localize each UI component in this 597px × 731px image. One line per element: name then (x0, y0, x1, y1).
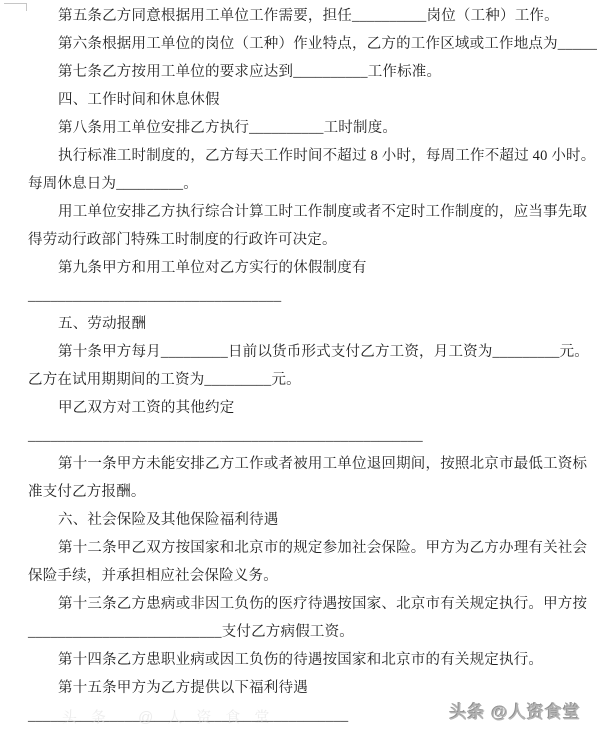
contract-line: __________________________支付乙方病假工资。 (28, 618, 573, 646)
watermark: 头条 @人资食堂 (450, 698, 581, 723)
contract-line: 第十三条乙方患病或非因工负伤的医疗待遇按国家、北京市有关规定执行。甲方按 (28, 590, 573, 618)
contract-line: 第八条用工单位安排乙方执行__________工时制度。 (28, 114, 573, 142)
section-heading: 六、社会保险及其他保险福利待遇 (28, 506, 573, 534)
contract-line: 第十一条甲方未能安排乙方工作或者被用工单位退回期间，按照北京市最低工资标 (28, 450, 573, 478)
contract-line: 第十四条乙方患职业病或因工负伤的待遇按国家和北京市的有关规定执行。 (28, 646, 573, 674)
contract-body: 第五条乙方同意根据用工单位工作需要，担任__________岗位（工种）工作。第… (28, 2, 573, 730)
contract-line: 第十二条甲乙双方按国家和北京市的规定参加社会保险。甲方为乙方办理有关社会 (28, 534, 573, 562)
contract-line: 第九条甲方和用工单位对乙方实行的休假制度有 (28, 254, 573, 282)
contract-line: __________________________________ (28, 282, 573, 310)
contract-line: 保险手续，并承担相应社会保险义务。 (28, 562, 573, 590)
contract-line: 用工单位安排乙方执行综合计算工时工作制度或者不定时工作制度的，应当事先取 (28, 198, 573, 226)
contract-page: 第五条乙方同意根据用工单位工作需要，担任__________岗位（工种）工作。第… (0, 0, 597, 731)
contract-line: 第七条乙方按用工单位的要求应达到__________工作标准。 (28, 58, 573, 86)
section-heading: 四、工作时间和休息休假 (28, 86, 573, 114)
contract-line: 乙方在试用期期间的工资为_________元。 (28, 366, 573, 394)
contract-line: 准支付乙方报酬。 (28, 478, 573, 506)
contract-line: 第六条根据用工单位的岗位（工种）作业特点，乙方的工作区域或工作地点为______ (28, 30, 573, 58)
section-heading: 五、劳动报酬 (28, 310, 573, 338)
page-corner-mark (4, 3, 27, 11)
contract-line: 甲乙双方对工资的其他约定 (28, 394, 573, 422)
contract-line: 每周休息日为_________。 (28, 170, 573, 198)
contract-line: 得劳动行政部门特殊工时制度的行政许可决定。 (28, 226, 573, 254)
contract-line: 第十条甲方每月_________日前以货币形式支付乙方工资，月工资为______… (28, 338, 573, 366)
contract-line: ________________________________________… (28, 422, 573, 450)
contract-line: 执行标准工时制度的，乙方每天工作时间不超过 8 小时，每周工作不超过 40 小时… (28, 142, 573, 170)
contract-line: 第五条乙方同意根据用工单位工作需要，担任__________岗位（工种）工作。 (28, 2, 573, 30)
